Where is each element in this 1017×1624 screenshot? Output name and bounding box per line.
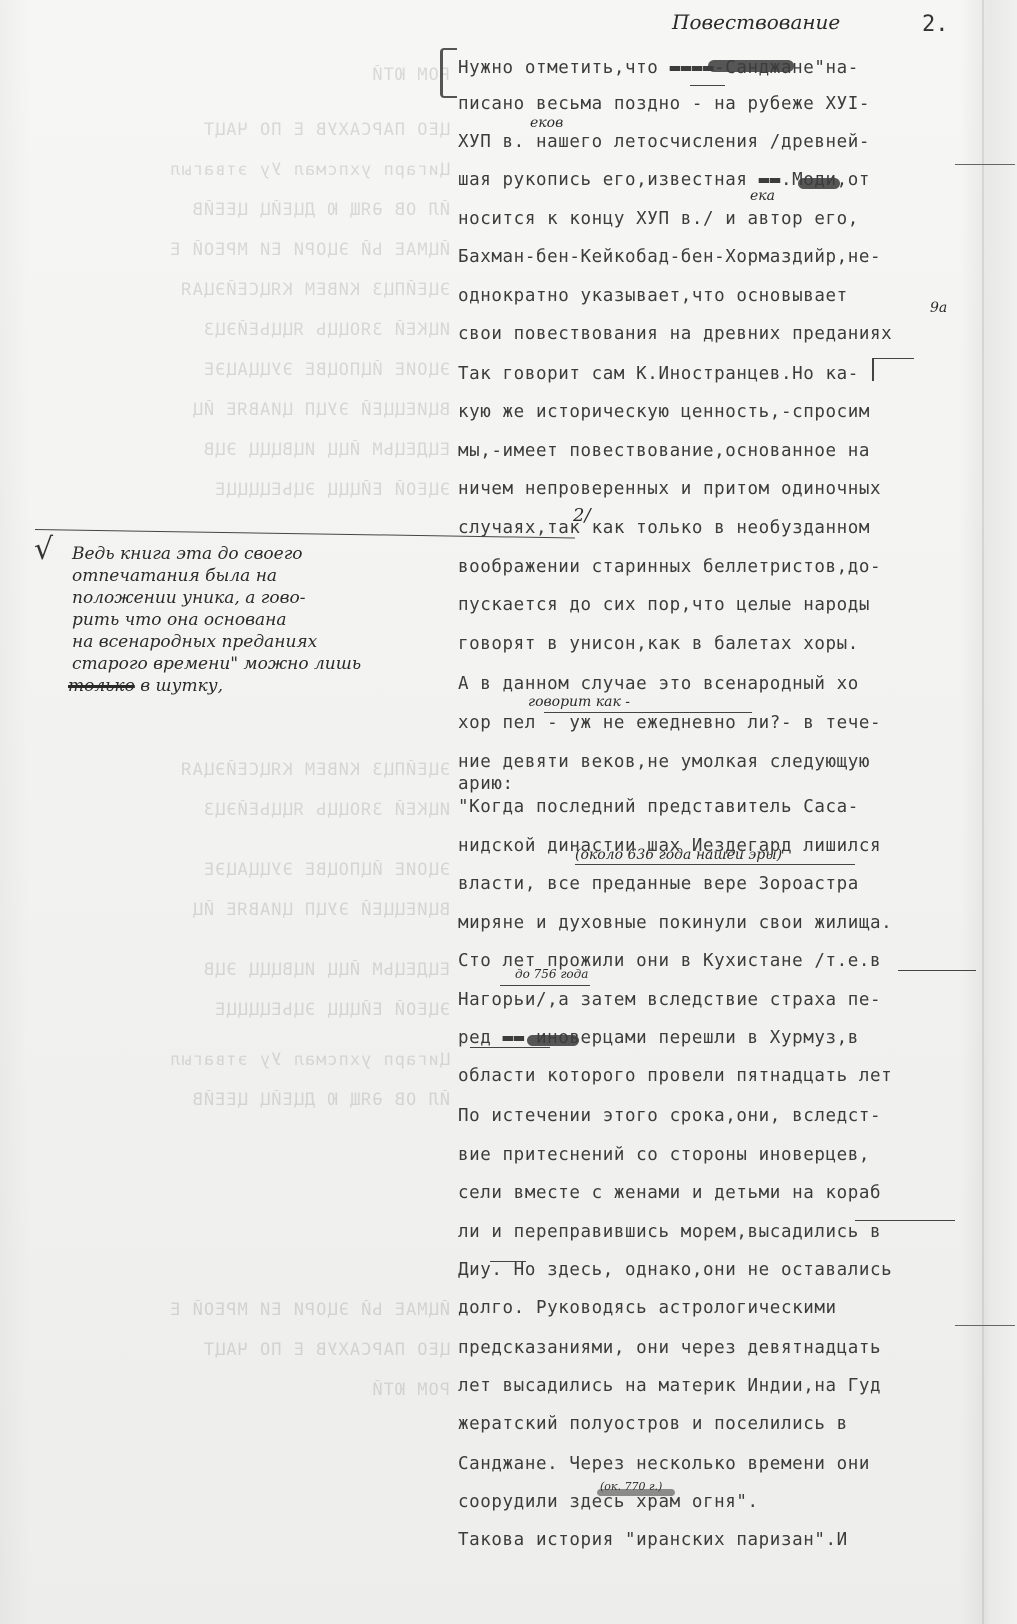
ghost-line: ЦЕО ПАРСАХУВ Е ПО ЧАЦТ	[10, 120, 450, 140]
handwritten-insertion-top: Повествование	[672, 10, 840, 34]
ghost-line: ВЦИЕЦЦЕЙ ЭУЦП ЦИАВЯЕ ЙЦ	[10, 400, 450, 420]
handwritten-underline	[898, 970, 976, 971]
ghost-line: РОМ ЮТЙ	[10, 1380, 450, 1400]
text-line: пускается до сих пор,что целые народы	[458, 595, 870, 615]
text-line: говорят в унисон,как в балетах хоры.	[458, 634, 859, 654]
note-line-last: только в шутку,	[68, 676, 223, 696]
ghost-line: ЭЦЕЙПЦЗ КИВЕМ КЯЦСЕЙЭЦАЯ	[10, 280, 450, 300]
text-line: предсказаниями, они через девятнадцать	[458, 1338, 881, 1358]
handwritten-insertion: еков	[530, 115, 563, 131]
ghost-line: ЕЦДЕЦЬМ ЙЦЦ ИЦВЦЦЦ ЭЦВ	[10, 440, 450, 460]
text-line: Бахман-бен-Кейкобад-бен-Хормаздийр,не-	[458, 247, 881, 267]
note-line: отпечатания была на	[72, 566, 277, 586]
text-line: случаях,так как только в необузданном	[458, 518, 870, 538]
text-line: ред ▬▬ иноверцами перешли в Хурмуз,в	[458, 1028, 859, 1048]
text-line: писано весьма поздно - на рубеже ХУI-	[458, 94, 870, 114]
ghost-line: ЭЦЕОЙ ЕЙЦЦЦ ЭЦЬЕЦЦЦЦЕ	[10, 480, 450, 500]
ghost-line: ЭЦЕОЙ ЕЙЦЦЦ ЭЦЬЕЦЦЦЦЕ	[10, 1000, 450, 1020]
handwritten-underline	[500, 985, 590, 986]
handwritten-underline	[575, 864, 855, 865]
text-line: вие притеснений со стороны иноверцев,	[458, 1145, 870, 1165]
text-line: А в данном случае это всенародный хо	[458, 674, 859, 694]
text-line: области которого провели пятнадцать лет	[458, 1066, 892, 1086]
checkmark-icon: √	[34, 532, 53, 567]
text-line: воображении старинных беллетристов,до-	[458, 557, 881, 577]
text-line: шая рукопись его,известная ▬▬.Моди,от	[458, 170, 870, 190]
ghost-line: РОМ ЮТЙ	[10, 65, 450, 85]
handwritten-insertion: ека	[750, 188, 775, 204]
text-line: лет высадились на материк Индии,на Гуд	[458, 1376, 881, 1396]
ghost-line: ЭЦОИЕ ЙЦПОЦВЕ ЭУЦЦАЦЭЕ	[10, 860, 450, 880]
text-line: Такова история "иранских паризан".И	[458, 1530, 848, 1550]
text-line: долго. Руководясь астрологическими	[458, 1298, 837, 1318]
text-line: миряне и духовные покинули свои жилища.	[458, 913, 892, 933]
ghost-line: Цигарп ухпсмал Уу этвагыл	[10, 160, 450, 180]
ghost-line: ЙЦМАЕ ЬЙ ЭЦОРИ ЕИ МРЕОЙ Е	[10, 1300, 450, 1320]
note-line: Ведь книга эта до своего	[72, 544, 303, 564]
ghost-line: ЙЛ ОВ ӘЯЩ Ю ДЦЕЙЦ ЦЕЕЙВ	[10, 200, 450, 220]
ghost-line: ЭЦОИЕ ЙЦПОЦВЕ ЭУЦЦАЦЭЕ	[10, 360, 450, 380]
text-line: ние девяти веков,не умолкая следующую	[458, 752, 870, 772]
text-line: По истечении этого срока,они, вследст-	[458, 1106, 881, 1126]
text-line: свои повествования на древних преданиях	[458, 324, 892, 344]
text-line: однократно указывает,что основывает	[458, 286, 848, 306]
ghost-line: ИЦКЕЙ ЗЯОЦЦЬ ЯЦЦЬЕЙЭЦЗ	[10, 320, 450, 340]
note-line: рить что она основана	[72, 610, 286, 630]
ghost-line: ВЦИЕЦЦЕЙ ЭУЦП ЦИАВЯЕ ЙЦ	[10, 900, 450, 920]
text-line: Санджане. Через несколько времени они	[458, 1454, 870, 1474]
ghost-line: ЦЕО ПАРСАХУВ Е ПО ЧАЦТ	[10, 1340, 450, 1360]
text-line: Диу. Но здесь, однако,они не оставались	[458, 1260, 892, 1280]
ghost-line: ЙЛ ОВ ӘЯЩ Ю ДЦЕЙЦ ЦЕЕЙВ	[10, 1090, 450, 1110]
text-line: кую же историческую ценность,-спросим	[458, 402, 870, 422]
text-line: сели вместе с женами и детьми на кораб	[458, 1183, 881, 1203]
handwritten-underline	[855, 1220, 955, 1221]
text-line: носится к концу ХУП в./ и автор его,	[458, 209, 859, 229]
margin-mark	[955, 164, 1015, 165]
page-number: 2.	[922, 12, 949, 37]
note-line: старого времени" можно лишь	[72, 654, 361, 674]
text-line: хор пел - уж не ежедневно ли?- в тече-	[458, 713, 881, 733]
text-line: жератский полуостров и поселились в	[458, 1414, 848, 1434]
text-line: Нагорьи/,а затем вследствие страха пе-	[458, 990, 881, 1010]
paragraph-bracket-mark	[872, 358, 914, 381]
text-line: ничем непроверенных и притом одиночных	[458, 479, 881, 499]
handwritten-insertion: 9а	[930, 300, 947, 316]
note-line: положении уника, а гово-	[72, 588, 305, 608]
text-line: Нужно отметить,что ▬▬▬▬-Санджане"на-	[458, 58, 859, 78]
ghost-line: ЕЦДЕЦЬМ ЙЦЦ ИЦВЦЦЦ ЭЦВ	[10, 960, 450, 980]
text-line: арию:	[458, 774, 514, 794]
ghost-line: ЭЦЕЙПЦЗ КИВЕМ КЯЦСЕЙЭЦАЯ	[10, 760, 450, 780]
struck-word: только	[68, 676, 135, 696]
text-line: "Когда последний представитель Саса-	[458, 797, 859, 817]
margin-mark	[955, 1325, 1015, 1326]
text-line: власти, все преданные вере Зороастра	[458, 874, 859, 894]
ghost-line: ЙЦМАЕ ЬЙ ЭЦОРИ ЕИ МРЕОЙ Е	[10, 240, 450, 260]
note-line: на всенародных преданиях	[72, 632, 317, 652]
document-page: РОМ ЮТЙ ЦЕО ПАРСАХУВ Е ПО ЧАЦТ Цигарп ух…	[0, 0, 1017, 1624]
note-line: в шутку,	[140, 676, 223, 696]
text-line: ли и переправившись морем,высадились в	[458, 1222, 881, 1242]
text-line: нидской династии шах Иездегард лишился	[458, 836, 881, 856]
ghost-line: Цигарп ухпсмал Уу этвагыл	[10, 1050, 450, 1070]
paper-fold-line	[982, 0, 984, 1624]
text-line: мы,-имеет повествование,основанное на	[458, 441, 870, 461]
handwritten-insertion: говорит как -	[528, 694, 630, 710]
ghost-line: ИЦКЕЙ ЗЯОЦЦЬ ЯЦЦЬЕЙЭЦЗ	[10, 800, 450, 820]
text-line: Так говорит сам К.Иностранцев.Но ка-	[458, 364, 859, 384]
handwritten-underline	[690, 85, 725, 86]
paragraph-bracket-mark	[440, 48, 457, 98]
text-line: Сто лет прожили они в Кухистане /т.е.в	[458, 951, 881, 971]
text-line: соорудили здесь храм огня".	[458, 1492, 759, 1512]
text-line: ХУП в. нашего летосчисления /древней-	[458, 132, 870, 152]
